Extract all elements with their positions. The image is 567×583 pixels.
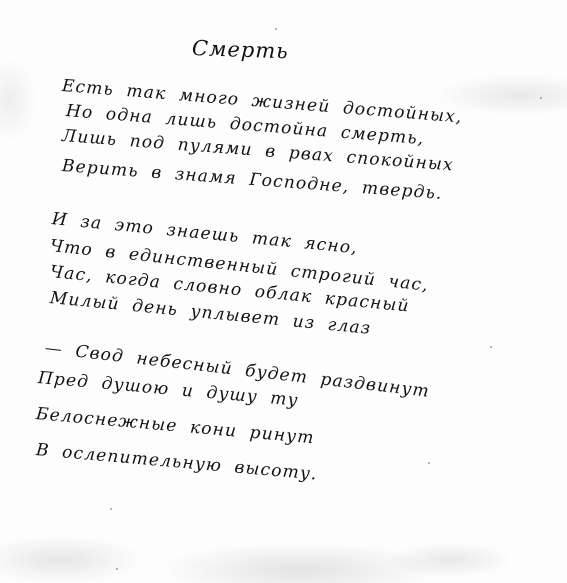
manuscript-page: Смерть Есть так много жизней достойных, … [0,0,567,583]
paper-speck [540,97,542,99]
poem-title: Смерть [192,36,289,63]
paper-speck [110,508,112,510]
poem-line: В ослепительную высоту. [35,440,318,485]
paper-speck [490,346,492,348]
paper-speck [275,28,277,30]
paper-speck [116,568,118,570]
paper-speck [428,462,430,464]
poem-line: Белоснежные кони ринут [35,404,315,448]
